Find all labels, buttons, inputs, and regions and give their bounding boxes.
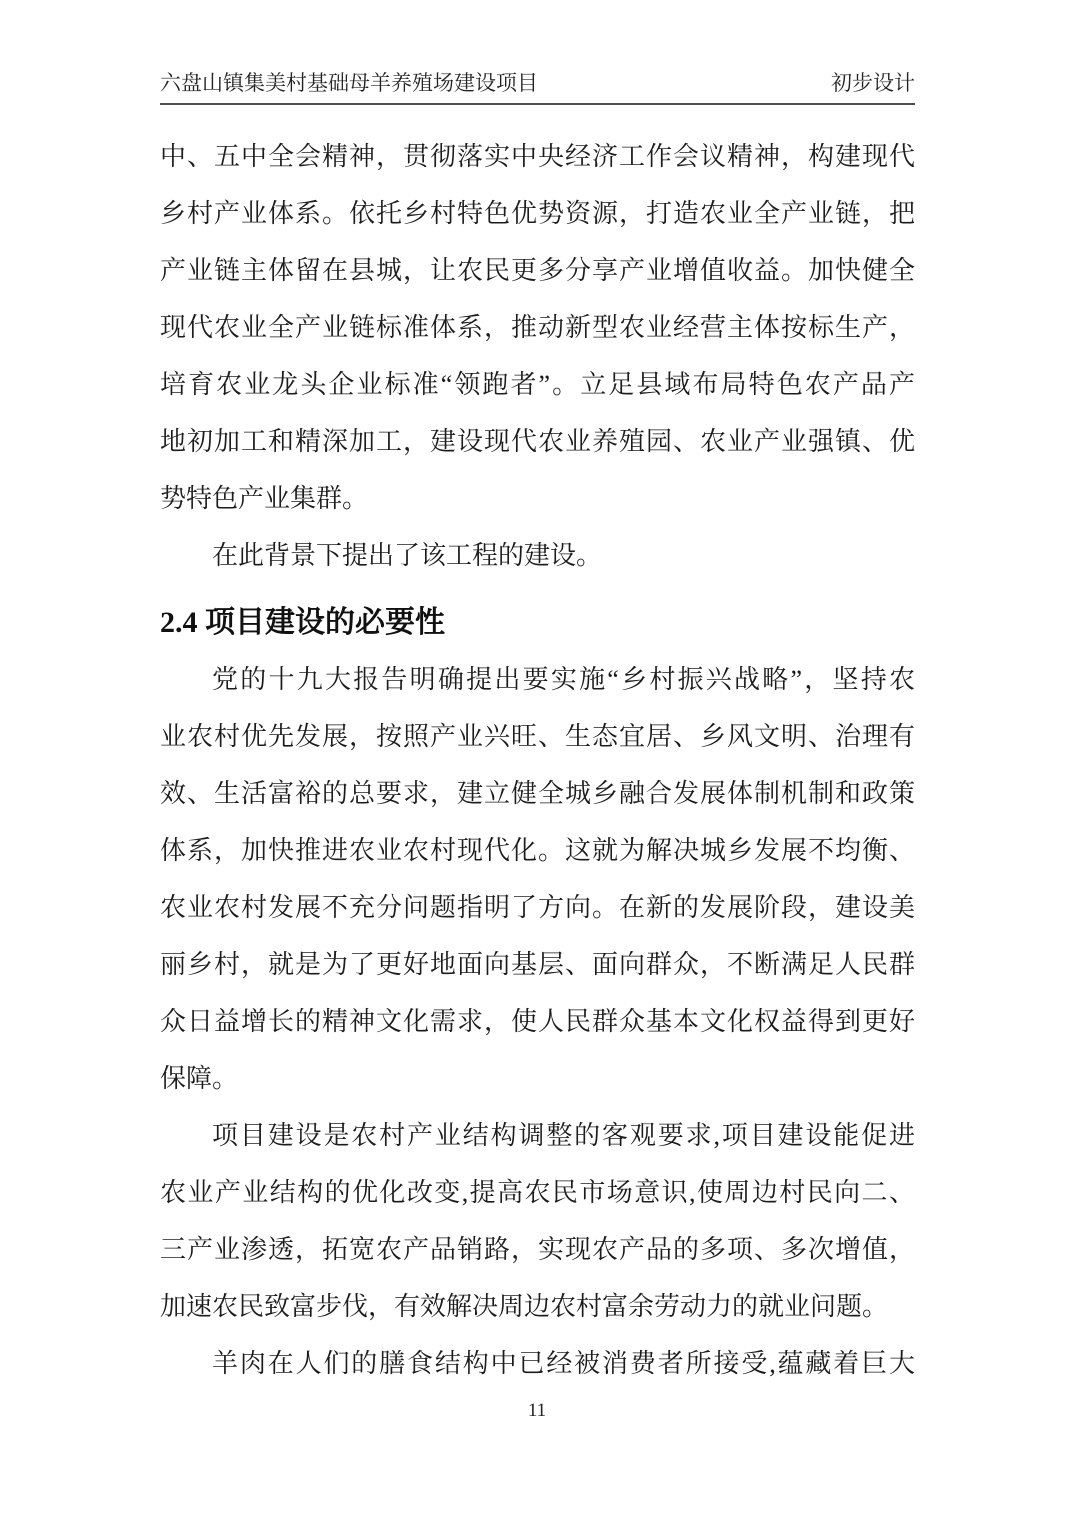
paragraph-line: 农业产业结构的优化改变,提高农民市场意识,使周边村民向二、 bbox=[160, 1164, 915, 1221]
paragraph-line: 产业链主体留在县城，让农民更多分享产业增值收益。加快健全 bbox=[160, 242, 915, 299]
paragraph-line: 培育农业龙头企业标准“领跑者”。立足县域布局特色农产品产 bbox=[160, 356, 915, 413]
paragraph-line: 地初加工和精深加工，建设现代农业养殖园、农业产业强镇、优 bbox=[160, 413, 915, 470]
page-footer: 11 bbox=[0, 1400, 1074, 1422]
paragraph-line: 效、生活富裕的总要求，建立健全城乡融合发展体制机制和政策 bbox=[160, 765, 915, 822]
paragraph-line: 羊肉在人们的膳食结构中已经被消费者所接受,蕴藏着巨大 bbox=[160, 1335, 915, 1392]
header-project-title: 六盘山镇集美村基础母羊养殖场建设项目 bbox=[160, 70, 538, 96]
document-body: 中、五中全会精神，贯彻落实中央经济工作会议精神，构建现代 乡村产业体系。依托乡村… bbox=[160, 128, 915, 1392]
page-header: 六盘山镇集美村基础母羊养殖场建设项目 初步设计 bbox=[160, 70, 915, 105]
paragraph-line: 在此背景下提出了该工程的建设。 bbox=[160, 527, 915, 584]
paragraph-line: 农业农村发展不充分问题指明了方向。在新的发展阶段，建设美 bbox=[160, 879, 915, 936]
paragraph-line: 业农村优先发展，按照产业兴旺、生态宜居、乡风文明、治理有 bbox=[160, 708, 915, 765]
paragraph-line: 党的十九大报告明确提出要实施“乡村振兴战略”，坚持农 bbox=[160, 651, 915, 708]
paragraph-line: 保障。 bbox=[160, 1050, 915, 1107]
paragraph-line: 现代农业全产业链标准体系，推动新型农业经营主体按标生产， bbox=[160, 299, 915, 356]
paragraph-line: 乡村产业体系。依托乡村特色优势资源，打造农业全产业链，把 bbox=[160, 185, 915, 242]
paragraph-line: 三产业渗透，拓宽农产品销路，实现农产品的多项、多次增值， bbox=[160, 1221, 915, 1278]
paragraph-line: 项目建设是农村产业结构调整的客观要求,项目建设能促进 bbox=[160, 1107, 915, 1164]
paragraph-line: 众日益增长的精神文化需求，使人民群众基本文化权益得到更好 bbox=[160, 993, 915, 1050]
page-number: 11 bbox=[528, 1400, 546, 1421]
paragraph-line: 势特色产业集群。 bbox=[160, 470, 915, 527]
document-page: 六盘山镇集美村基础母羊养殖场建设项目 初步设计 中、五中全会精神，贯彻落实中央经… bbox=[0, 0, 1074, 1520]
section-heading: 2.4 项目建设的必要性 bbox=[160, 594, 915, 651]
paragraph-line: 体系，加快推进农业农村现代化。这就为解决城乡发展不均衡、 bbox=[160, 822, 915, 879]
paragraph-line: 加速农民致富步伐，有效解决周边农村富余劳动力的就业问题。 bbox=[160, 1278, 915, 1335]
paragraph-line: 丽乡村，就是为了更好地面向基层、面向群众，不断满足人民群 bbox=[160, 936, 915, 993]
header-doc-type: 初步设计 bbox=[831, 70, 915, 96]
paragraph-line: 中、五中全会精神，贯彻落实中央经济工作会议精神，构建现代 bbox=[160, 128, 915, 185]
